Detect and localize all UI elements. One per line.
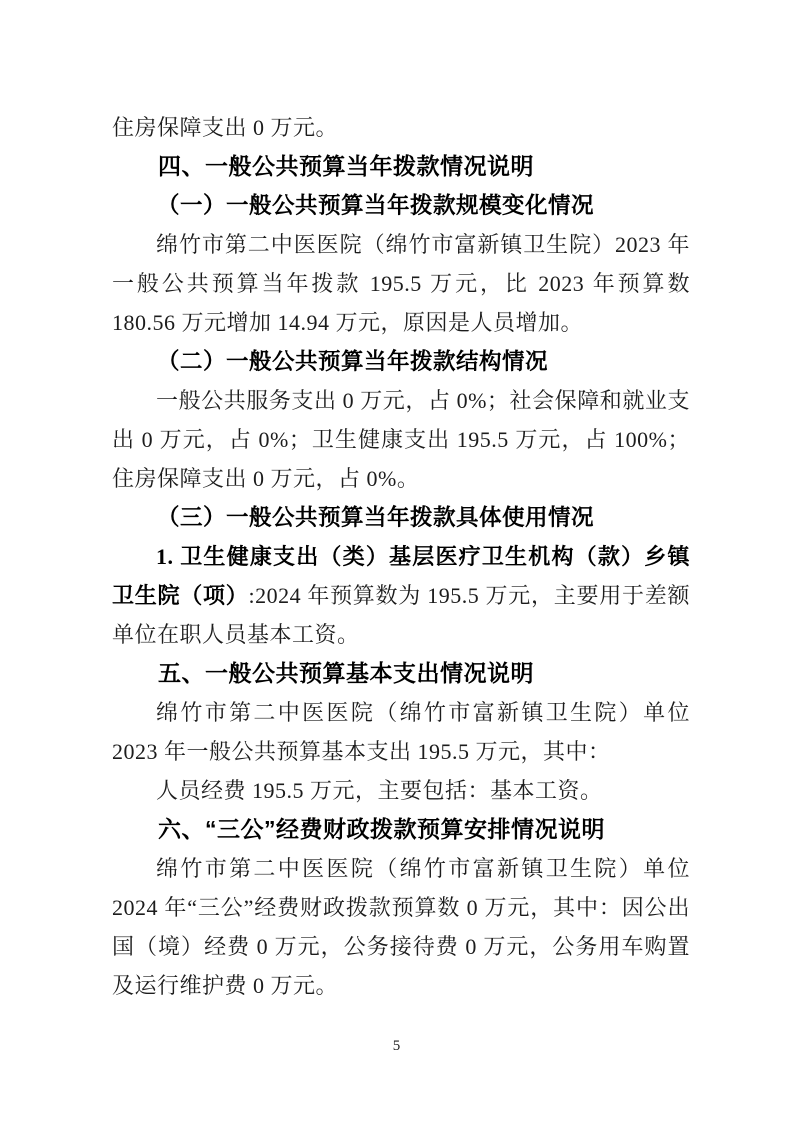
paragraph-personnel-funds: 人员经费 195.5 万元，主要包括：基本工资。 [112,771,690,810]
subsection-heading-4-2-structure: （二）一般公共预算当年拨款结构情况 [112,342,690,381]
section-heading-6-three-public-expenses: 六、“三公”经费财政拨款预算安排情况说明 [112,810,690,849]
section-heading-5-basic-expenditure: 五、一般公共预算基本支出情况说明 [112,654,690,693]
paragraph-structure-detail: 一般公共服务支出 0 万元，占 0%；社会保障和就业支出 0 万元，占 0%；卫… [112,381,690,498]
paragraph-health-expenditure-item: 1. 卫生健康支出（类）基层医疗卫生机构（款）乡镇卫生院（项）:2024 年预算… [112,537,690,654]
document-content: 住房保障支出 0 万元。 四、一般公共预算当年拨款情况说明 （一）一般公共预算当… [112,108,690,1005]
paragraph-housing-security-carryover: 住房保障支出 0 万元。 [112,108,690,147]
paragraph-three-public-expenses-detail: 绵竹市第二中医医院（绵竹市富新镇卫生院）单位 2024 年“三公”经费财政拨款预… [112,849,690,1005]
document-page: 住房保障支出 0 万元。 四、一般公共预算当年拨款情况说明 （一）一般公共预算当… [0,0,793,1122]
paragraph-scale-change-detail: 绵竹市第二中医医院（绵竹市富新镇卫生院）2023 年一般公共预算当年拨款 195… [112,225,690,342]
subsection-heading-4-1-scale-change: （一）一般公共预算当年拨款规模变化情况 [112,186,690,225]
page-number: 5 [0,1036,793,1056]
paragraph-basic-expenditure-detail: 绵竹市第二中医医院（绵竹市富新镇卫生院）单位 2023 年一般公共预算基本支出 … [112,693,690,771]
subsection-heading-4-3-specific-use: （三）一般公共预算当年拨款具体使用情况 [112,498,690,537]
section-heading-4-current-year-appropriation: 四、一般公共预算当年拨款情况说明 [112,147,690,186]
